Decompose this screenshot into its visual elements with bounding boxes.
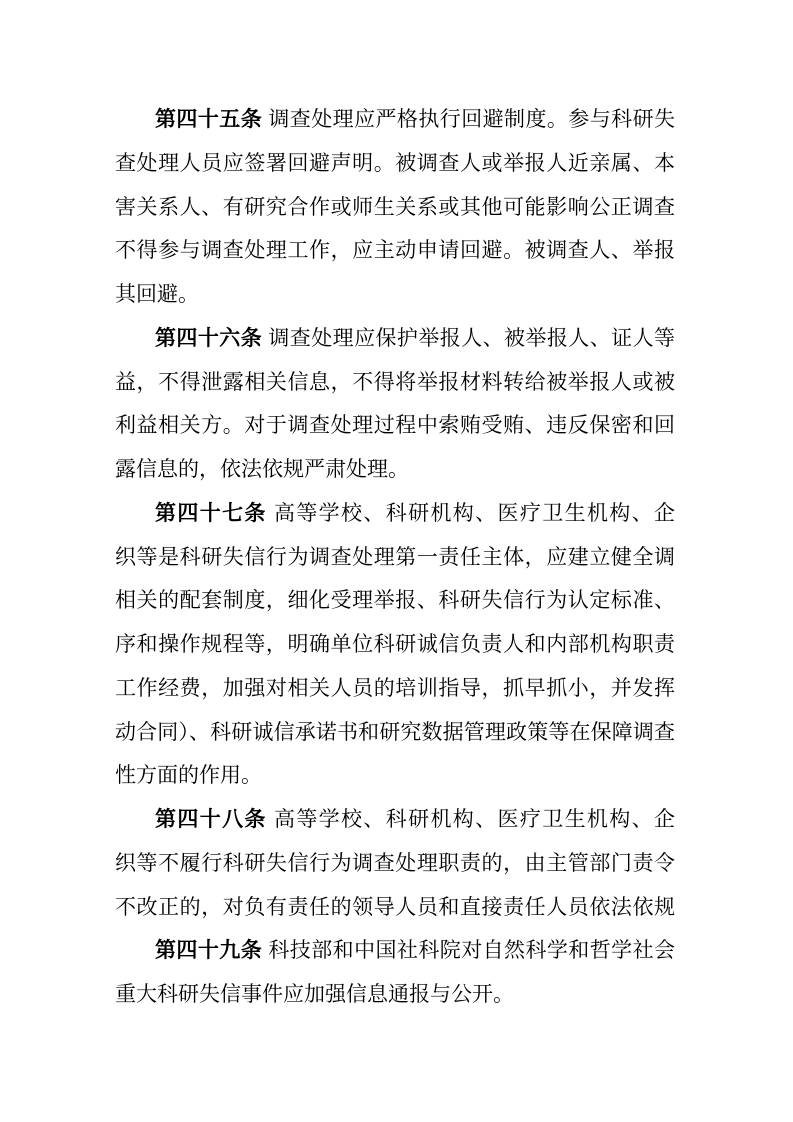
text-line: 性方面的作用。 [115, 754, 675, 798]
text-line: 序和操作规程等，明确单位科研诚信负责人和内部机构职责分工，保障 [115, 623, 675, 667]
text-line: 相关的配套制度，细化受理举报、科研失信行为认定标准、调查处理程 [115, 579, 675, 623]
text-line: 织等是科研失信行为调查处理第一责任主体，应建立健全调查处理工作 [115, 536, 675, 580]
text-line: 第四十八条 高等学校、科研机构、医疗卫生机构、企业、社会组 [115, 798, 675, 842]
text-line: 露信息的，依法依规严肃处理。 [115, 448, 675, 492]
text-line: 益，不得泄露相关信息，不得将举报材料转给被举报人或被举报单位等 [115, 361, 675, 405]
text-line: 不得参与调查处理工作，应主动申请回避。被调查人、举报人有权要求 [115, 229, 675, 273]
text-line: 查处理人员应签署回避声明。被调查人或举报人近亲属、本案证人、利 [115, 142, 675, 186]
text-line: 害关系人、有研究合作或师生关系或其他可能影响公正调查处理情形的， [115, 186, 675, 230]
text-line: 其回避。 [115, 273, 675, 317]
text-line: 第四十七条 高等学校、科研机构、医疗卫生机构、企业、社会组 [115, 492, 675, 536]
article-paragraph: 第四十六条 调查处理应保护举报人、被举报人、证人等的合法权益，不得泄露相关信息，… [115, 317, 675, 492]
article-paragraph: 第四十五条 调查处理应严格执行回避制度。参与科研失信行为调查处理人员应签署回避声… [115, 98, 675, 317]
text-line: 第四十六条 调查处理应保护举报人、被举报人、证人等的合法权 [115, 317, 675, 361]
article-paragraph: 第四十七条 高等学校、科研机构、医疗卫生机构、企业、社会组织等是科研失信行为调查… [115, 492, 675, 798]
text-line: 利益相关方。对于调查处理过程中索贿受贿、违反保密和回避制度、泄 [115, 404, 675, 448]
article-number: 第四十五条 [155, 108, 262, 131]
text-line: 动合同）、科研诚信承诺书和研究数据管理政策等在保障调查程序正当 [115, 711, 675, 755]
article-number: 第四十九条 [155, 939, 262, 962]
article-number: 第四十六条 [155, 327, 262, 350]
article-number: 第四十七条 [155, 502, 267, 525]
text-line: 第四十九条 科技部和中国社科院对自然科学和哲学社会科学领域 [115, 929, 675, 973]
text-line: 织等不履行科研失信行为调查处理职责的，由主管部门责令其改正。拒 [115, 842, 675, 886]
document-content: 第四十五条 调查处理应严格执行回避制度。参与科研失信行为调查处理人员应签署回避声… [115, 98, 675, 1017]
text-line: 不改正的，对负有责任的领导人员和直接责任人员依法依规追究责任。 [115, 886, 675, 930]
text-line: 重大科研失信事件应加强信息通报与公开。 [115, 973, 675, 1017]
text-line: 第四十五条 调查处理应严格执行回避制度。参与科研失信行为调 [115, 98, 675, 142]
article-paragraph: 第四十九条 科技部和中国社科院对自然科学和哲学社会科学领域重大科研失信事件应加强… [115, 929, 675, 1017]
document-page: 第四十五条 调查处理应严格执行回避制度。参与科研失信行为调查处理人员应签署回避声… [0, 0, 793, 1122]
article-number: 第四十八条 [155, 808, 267, 831]
article-paragraph: 第四十八条 高等学校、科研机构、医疗卫生机构、企业、社会组织等不履行科研失信行为… [115, 798, 675, 929]
text-line: 工作经费，加强对相关人员的培训指导，抓早抓小，并发挥聘用合同（劳 [115, 667, 675, 711]
